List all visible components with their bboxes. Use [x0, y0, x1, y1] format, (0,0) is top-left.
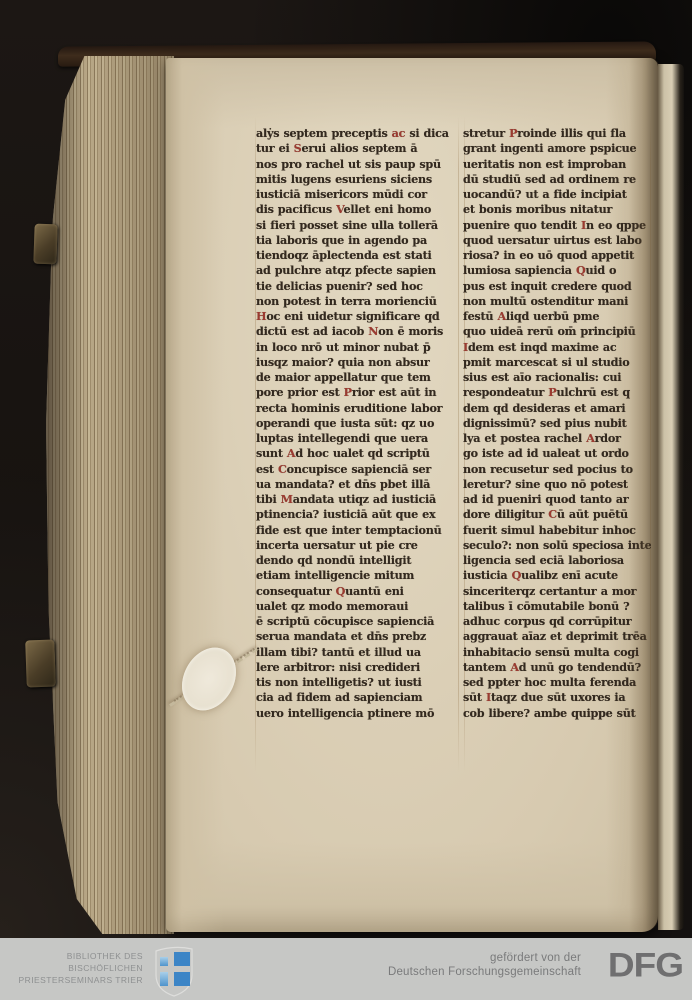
manuscript-line: quod uersatur uirtus est labo — [463, 233, 651, 248]
manuscript-line: cob libere? ambe quippe sūt — [463, 706, 651, 721]
rubricated-initial: Q — [336, 584, 346, 598]
manuscript-line: iusqz maior? quia non absur — [256, 355, 462, 370]
manuscript-line: ueritatis non est improban — [463, 157, 651, 172]
digitized-manuscript-scan: alẏs septem preceptis ac si dicatur ei S… — [0, 0, 692, 1000]
manuscript-line: sinceriterqz certantur a mor — [463, 584, 651, 599]
manuscript-line: est Concupisce sapienciā ser — [256, 462, 462, 477]
manuscript-page: alẏs septem preceptis ac si dicatur ei S… — [166, 58, 658, 932]
manuscript-line: tur ei Serui alios septem ā — [256, 141, 462, 156]
manuscript-line: mitis lugens esuriens siciens — [256, 172, 462, 187]
rubricated-initial: V — [336, 202, 343, 216]
manuscript-line: non potest in terra morienciū — [256, 294, 462, 309]
rubricated-initial: P — [509, 126, 517, 140]
rubricated-initial: P — [548, 385, 556, 399]
manuscript-line: aggrauat aīaz et deprimit trēa — [463, 629, 651, 644]
rubricated-initial: ac — [392, 126, 406, 140]
manuscript-line: ualet qz modo memoraui — [256, 599, 462, 614]
manuscript-line: cia ad fidem ad sapienciam — [256, 690, 462, 705]
manuscript-line: sius est aīo racionalis: cui — [463, 370, 651, 385]
rubricated-initial: Q — [576, 263, 586, 277]
manuscript-line: consequatur Quantū eni — [256, 584, 462, 599]
rubricated-initial: M — [281, 492, 293, 506]
right-text-column: stretur Proinde illis qui flagrant ingen… — [463, 126, 651, 721]
library-name: BIBLIOTHEK DES BISCHÖFLICHEN PRIESTERSEM… — [0, 950, 143, 986]
rubricated-initial: I — [486, 690, 491, 704]
manuscript-line: leretur? sine quo nō potest — [463, 477, 651, 492]
manuscript-line: non recusetur sed pocius to — [463, 462, 651, 477]
manuscript-line: non multū ostenditur mani — [463, 294, 651, 309]
manuscript-line: tantem Ad unū go tendendū? — [463, 660, 651, 675]
parchment-repair-patch — [171, 638, 246, 720]
manuscript-line: in loco nrō ut minor nubat p̄ — [256, 340, 462, 355]
rubricated-initial: H — [256, 309, 266, 323]
manuscript-line: puenire quo tendit In eo qppe — [463, 218, 651, 233]
rubricated-initial: I — [463, 340, 468, 354]
dfg-logo: DFG — [587, 946, 683, 985]
manuscript-line: ua mandata? et dn̄s pbet illā — [256, 477, 462, 492]
rubricated-initial: C — [278, 462, 287, 476]
library-name-line: BISCHÖFLICHEN — [0, 962, 143, 974]
manuscript-line: recta hominis eruditione labor — [256, 401, 462, 416]
manuscript-line: dis pacificus Vellet eni homo — [256, 202, 462, 217]
manuscript-line: iusticiā misericors mūdi cor — [256, 187, 462, 202]
manuscript-line: pore prior est Prior est aūt in — [256, 385, 462, 400]
manuscript-line: sūt Itaqz due sūt uxores ia — [463, 690, 651, 705]
funding-text-line: Deutschen Forschungsgemeinschaft — [388, 966, 581, 980]
library-name-line: BIBLIOTHEK DES — [0, 950, 143, 962]
manuscript-line: dem qd desideras et amari — [463, 401, 651, 416]
manuscript-line: nos pro rachel ut sis paup spū — [256, 157, 462, 172]
manuscript-line: operandi que iusta sūt: qz uo — [256, 416, 462, 431]
book-clasp-top — [33, 224, 57, 265]
manuscript-line: sunt Ad hoc ualet qd scriptū — [256, 446, 462, 461]
funding-credit: gefördert von der Deutschen Forschungsge… — [388, 952, 581, 979]
manuscript-line: dictū est ad iacob Non ē moris — [256, 324, 462, 339]
manuscript-line: lya et postea rachel Ardor — [463, 431, 651, 446]
photo-area: alẏs septem preceptis ac si dicatur ei S… — [0, 0, 692, 938]
footer-credits-bar: BIBLIOTHEK DES BISCHÖFLICHEN PRIESTERSEM… — [0, 938, 692, 1000]
rubricated-initial: P — [344, 385, 352, 399]
manuscript-line: lumiosa sapiencia Quid o — [463, 263, 651, 278]
manuscript-line: talibus ī cōmutabile bonū ? — [463, 599, 651, 614]
library-name-line: PRIESTERSEMINARS TRIER — [0, 974, 143, 986]
manuscript-line: sed ppter hoc multa ferenda — [463, 675, 651, 690]
manuscript-line: uocandū? ut a fide incipiat — [463, 187, 651, 202]
manuscript-line: et bonis moribus nitatur — [463, 202, 651, 217]
rubricated-initial: I — [581, 218, 586, 232]
book-fore-edge-pages — [46, 56, 174, 934]
manuscript-line: inhabitacio sensū multa cogi — [463, 645, 651, 660]
manuscript-line: tie delicias puenir? sed hoc — [256, 279, 462, 294]
manuscript-line: adhuc corpus qd corrūpitur — [463, 614, 651, 629]
manuscript-line: go iste ad id ualeat ut ordo — [463, 446, 651, 461]
facing-page-edge — [658, 64, 684, 930]
manuscript-line: riosa? in eo uō quod appetit — [463, 248, 651, 263]
manuscript-line: ligencia sed eciā laboriosa — [463, 553, 651, 568]
manuscript-line: ē scriptū cōcupisce sapienciā — [256, 614, 462, 629]
manuscript-line: fuerit simul habebitur inhoc — [463, 523, 651, 538]
manuscript-line: illam tibi? tantū et illud ua — [256, 645, 462, 660]
manuscript-line: ad id pueniri quod tanto ar — [463, 492, 651, 507]
manuscript-line: Idem est inqd maxime ac — [463, 340, 651, 355]
rubricated-initial: S — [294, 141, 302, 155]
manuscript-line: luptas intellegendi que uera — [256, 431, 462, 446]
page-gutter-shadow — [629, 58, 659, 932]
manuscript-line: tis non intelligetis? ut iusti — [256, 675, 462, 690]
manuscript-line: pmit marcescat si ul studio — [463, 355, 651, 370]
rubricated-initial: N — [368, 324, 378, 338]
manuscript-line: grant ingenti amore pspicue — [463, 141, 651, 156]
manuscript-line: Hoc eni uidetur significare qd — [256, 309, 462, 324]
manuscript-line: tiendoqz āplectenda est stati — [256, 248, 462, 263]
manuscript-line: de maior appellatur que tem — [256, 370, 462, 385]
manuscript-line: ptinencia? iusticiā aūt que ex — [256, 507, 462, 522]
manuscript-line: dignissimū? sed pius nubit — [463, 416, 651, 431]
manuscript-line: incerta uersatur ut pie cre — [256, 538, 462, 553]
manuscript-line: seculo?: non solū speciosa intel — [463, 538, 651, 553]
manuscript-line: alẏs septem preceptis ac si dica — [256, 126, 462, 141]
manuscript-line: lere arbitror: nisi credideri — [256, 660, 462, 675]
manuscript-line: iusticia Qualibz enī acute — [463, 568, 651, 583]
left-text-column: alẏs septem preceptis ac si dicatur ei S… — [256, 126, 462, 721]
manuscript-line: respondeatur Pulchrū est q — [463, 385, 651, 400]
manuscript-line: festū Aliqd uerbū pme — [463, 309, 651, 324]
manuscript-line: quo uideā rerū om̄ principiū — [463, 324, 651, 339]
rubricated-initial: Q — [512, 568, 522, 582]
manuscript-line: ad pulchre atqz pfecte sapien — [256, 263, 462, 278]
rubricated-initial: A — [586, 431, 594, 445]
manuscript-line: pus est inquit credere quod — [463, 279, 651, 294]
rubricated-initial: A — [497, 309, 505, 323]
manuscript-line: etiam intelligencie mitum — [256, 568, 462, 583]
manuscript-line: dendo qd nondū intelligit — [256, 553, 462, 568]
rubricated-initial: A — [510, 660, 518, 674]
manuscript-line: serua mandata et dn̄s prebz — [256, 629, 462, 644]
manuscript-line: fide est que inter temptacionū — [256, 523, 462, 538]
manuscript-line: uero intelligencia ptinere mō — [256, 706, 462, 721]
funding-text-line: gefördert von der — [388, 952, 581, 966]
book-clasp-bottom — [25, 640, 56, 688]
rubricated-initial: C — [548, 507, 557, 521]
rubricated-initial: A — [287, 446, 295, 460]
manuscript-line: dore diligitur Cū aūt puētū — [463, 507, 651, 522]
library-logo-icon — [146, 942, 200, 998]
manuscript-line: dū studiū sed ad ordinem re — [463, 172, 651, 187]
manuscript-line: tibi Mandata utiqz ad iusticiā — [256, 492, 462, 507]
manuscript-line: si fieri posset sine ulla tollerā — [256, 218, 462, 233]
manuscript-line: stretur Proinde illis qui fla — [463, 126, 651, 141]
manuscript-line: tia laboris que in agendo pa — [256, 233, 462, 248]
